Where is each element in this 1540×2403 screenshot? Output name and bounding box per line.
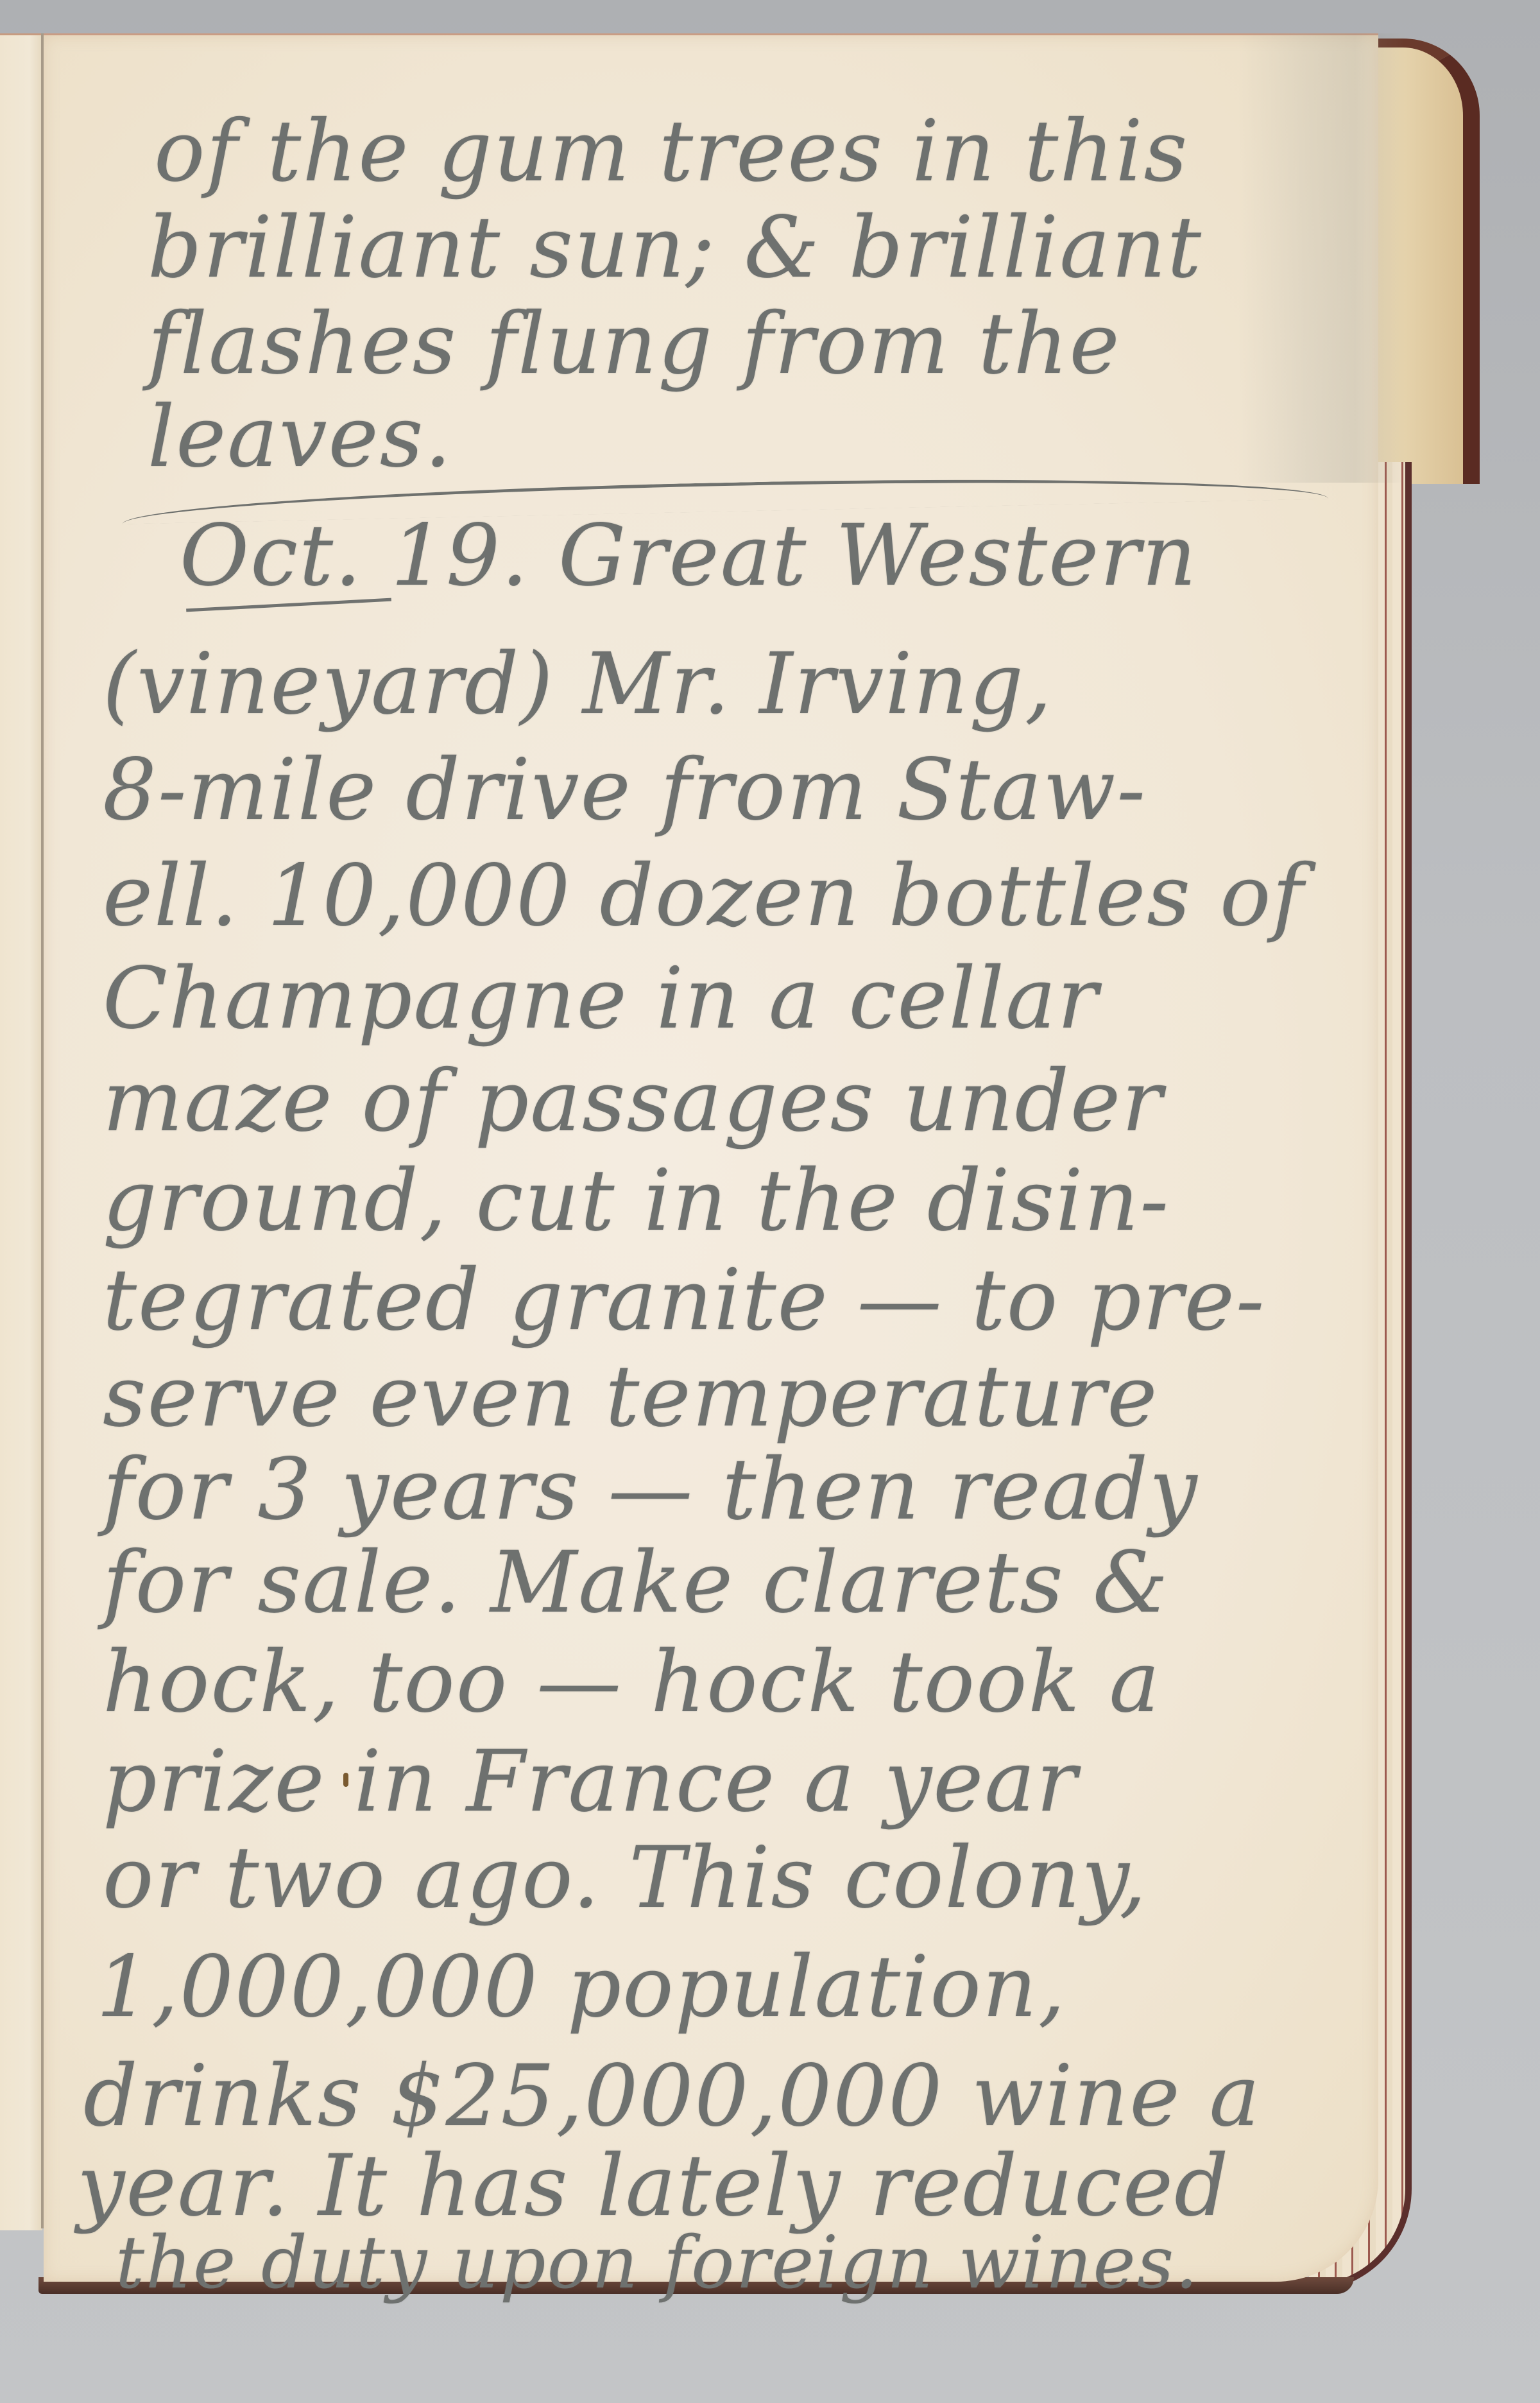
entry-line: tegrated granite — to pre-	[103, 1258, 1265, 1343]
entry-line: (vineyard) Mr. Irving,	[103, 642, 1053, 727]
entry-line: for 3 years — then ready	[103, 1447, 1199, 1532]
continuation-line: brilliant sun; & brilliant	[148, 205, 1202, 290]
entry-line: drinks $25,000,000 wine a	[83, 2054, 1261, 2139]
facing-page-edge	[0, 33, 42, 2230]
entry-line: maze of passages under	[103, 1059, 1163, 1144]
entry-line: serve even temperature	[103, 1354, 1158, 1439]
entry-line: ground, cut in the disin-	[103, 1158, 1170, 1243]
continuation-line: flashes flung from the	[148, 302, 1121, 386]
entry-line: prize in France a year	[103, 1739, 1078, 1824]
foxing-stain	[343, 1773, 348, 1787]
entry-line: Great Western	[558, 513, 1197, 598]
entry-line: the duty upon foreign wines.	[116, 2227, 1199, 2299]
entry-line: 8-mile drive from Staw-	[103, 748, 1147, 832]
entry-line: or two ago. This colony,	[103, 1836, 1147, 1920]
entry-line: hock, too — hock took a	[103, 1640, 1161, 1725]
continuation-line: of the gum trees in this	[154, 109, 1188, 194]
entry-line: for sale. Make clarets &	[103, 1540, 1169, 1625]
entry-line: year. It has lately reduced	[77, 2144, 1230, 2228]
entry-line: Champagne in a cellar	[103, 956, 1099, 1041]
continuation-line: leaves.	[148, 395, 452, 479]
entry-date: Oct. 19.	[180, 513, 529, 598]
entry-line: ell. 10,000 dozen bottles of	[103, 854, 1305, 938]
entry-line: 1,000,000 population,	[96, 1945, 1066, 2029]
